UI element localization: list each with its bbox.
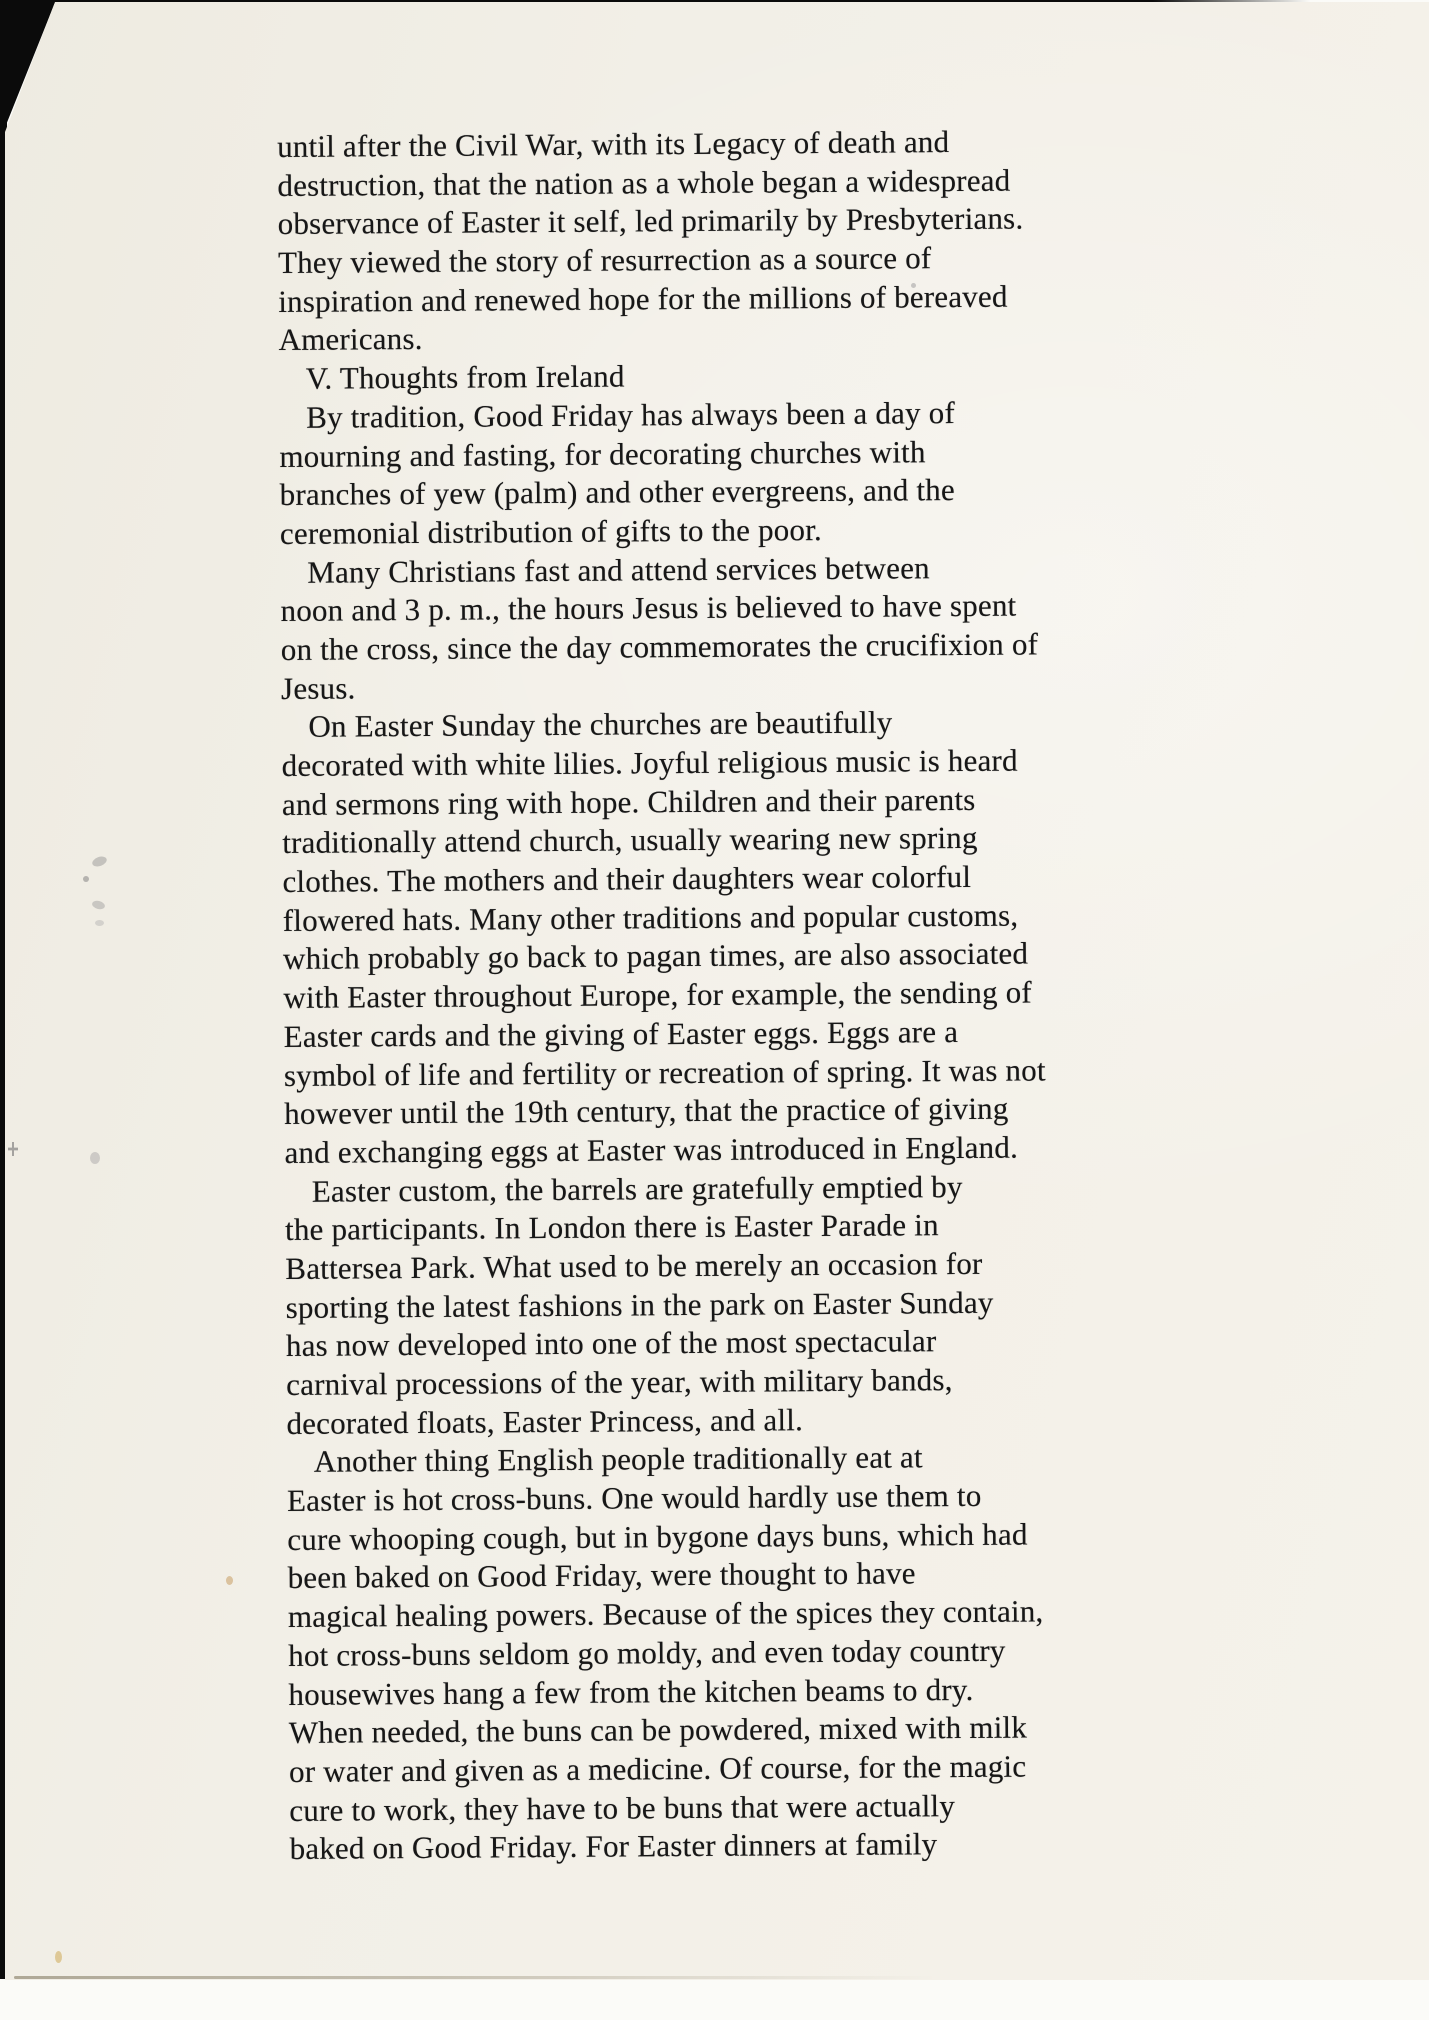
text-line: noon and 3 p. m., the hours Jesus is bel… xyxy=(280,586,1140,631)
text-line: Easter is hot cross-buns. One would hard… xyxy=(287,1476,1147,1521)
text-line: ceremonial distribution of gifts to the … xyxy=(280,509,1140,554)
text-line: hot cross-buns seldom go moldy, and even… xyxy=(288,1630,1148,1675)
text-line: and sermons ring with hope. Children and… xyxy=(282,779,1142,824)
ink-speck xyxy=(911,283,916,288)
text-line: Jesus. xyxy=(281,663,1141,708)
text-line: V. Thoughts from Ireland xyxy=(279,354,1139,399)
text-line: branches of yew (palm) and other evergre… xyxy=(280,470,1140,515)
text-line: Americans. xyxy=(278,315,1138,360)
text-line: When needed, the buns can be powdered, m… xyxy=(289,1708,1149,1753)
paper-stain xyxy=(55,1951,62,1963)
text-line: however until the 19th century, that the… xyxy=(284,1089,1144,1134)
text-line: baked on Good Friday. For Easter dinners… xyxy=(289,1824,1149,1869)
text-line: cure to work, they have to be buns that … xyxy=(289,1785,1149,1830)
text-line: Battersea Park. What used to be merely a… xyxy=(285,1244,1145,1289)
text-line: observance of Easter it self, led primar… xyxy=(278,199,1138,244)
pencil-smudge xyxy=(90,1152,100,1164)
text-line: on the cross, since the day commemorates… xyxy=(281,625,1141,670)
pencil-smudge xyxy=(83,876,89,882)
text-line: with Easter throughout Europe, for examp… xyxy=(283,973,1143,1018)
text-line: or water and given as a medicine. Of cou… xyxy=(289,1747,1149,1792)
text-line: On Easter Sunday the churches are beauti… xyxy=(281,702,1141,747)
paper-stain xyxy=(226,1576,233,1585)
text-line: They viewed the story of resurrection as… xyxy=(278,238,1138,283)
document-text-block: until after the Civil War, with its Lega… xyxy=(277,122,1150,1869)
text-line: inspiration and renewed hope for the mil… xyxy=(278,276,1138,321)
text-line: been baked on Good Friday, were thought … xyxy=(287,1553,1147,1598)
pencil-smudge xyxy=(95,920,104,926)
text-line: housewives hang a few from the kitchen b… xyxy=(288,1669,1148,1714)
text-line: symbol of life and fertility or recreati… xyxy=(284,1050,1144,1095)
text-line: Another thing English people traditional… xyxy=(287,1437,1147,1482)
text-line: Many Christians fast and attend services… xyxy=(280,547,1140,592)
text-line: and exchanging eggs at Easter was introd… xyxy=(284,1128,1144,1173)
text-line: clothes. The mothers and their daughters… xyxy=(282,857,1142,902)
text-line: magical healing powers. Because of the s… xyxy=(288,1592,1148,1637)
text-line: Easter custom, the barrels are gratefull… xyxy=(285,1166,1145,1211)
text-line: traditionally attend church, usually wea… xyxy=(282,818,1142,863)
text-line: By tradition, Good Friday has always bee… xyxy=(279,393,1139,438)
text-line: Easter cards and the giving of Easter eg… xyxy=(284,1011,1144,1056)
text-line: which probably go back to pagan times, a… xyxy=(283,934,1143,979)
paper-bottom-edge xyxy=(14,1976,934,1979)
scanned-page: until after the Civil War, with its Lega… xyxy=(0,0,1429,2020)
text-line: has now developed into one of the most s… xyxy=(286,1321,1146,1366)
text-line: flowered hats. Many other traditions and… xyxy=(283,895,1143,940)
text-line: the participants. In London there is Eas… xyxy=(285,1205,1145,1250)
text-line: decorated floats, Easter Princess, and a… xyxy=(286,1398,1146,1443)
text-line: cure whooping cough, but in bygone days … xyxy=(287,1514,1147,1559)
text-line: mourning and fasting, for decorating chu… xyxy=(279,431,1139,476)
text-line: until after the Civil War, with its Lega… xyxy=(277,122,1137,167)
text-line: destruction, that the nation as a whole … xyxy=(277,160,1137,205)
text-line: decorated with white lilies. Joyful reli… xyxy=(282,741,1142,786)
text-line: carnival processions of the year, with m… xyxy=(286,1360,1146,1405)
text-line: sporting the latest fashions in the park… xyxy=(286,1282,1146,1327)
